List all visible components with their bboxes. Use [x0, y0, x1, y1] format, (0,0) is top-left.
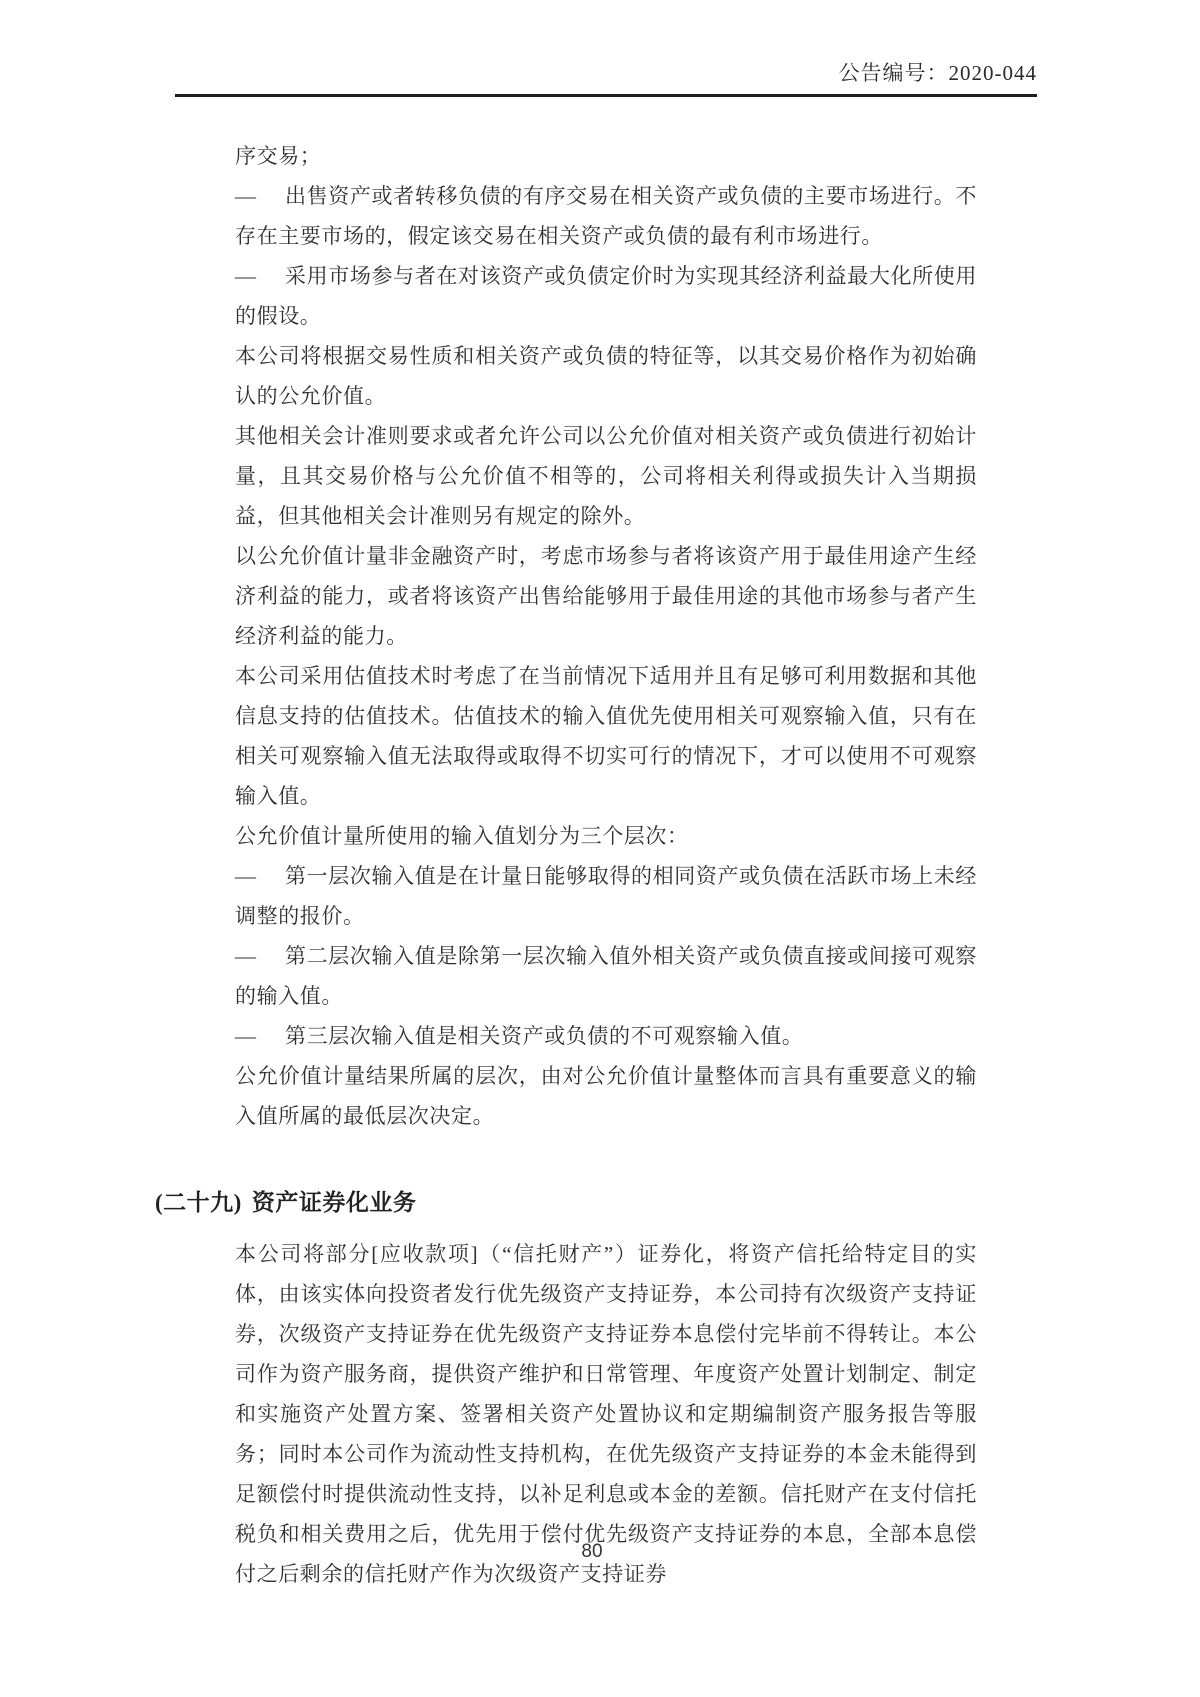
bullet-paragraph: —第三层次输入值是相关资产或负债的不可观察输入值。: [235, 1016, 977, 1056]
bullet-text: 第三层次输入值是相关资产或负债的不可观察输入值。: [285, 1024, 803, 1048]
bullet-dash-marker: —: [235, 1016, 285, 1056]
bullet-dash-marker: —: [235, 936, 285, 976]
bullet-paragraph: —出售资产或者转移负债的有序交易在相关资产或负债的主要市场进行。不存在主要市场的…: [235, 176, 977, 256]
paragraph: 本公司采用估值技术时考虑了在当前情况下适用并且有足够可利用数据和其他信息支持的估…: [235, 656, 977, 816]
section-heading-title: 资产证券化业务: [252, 1190, 417, 1215]
paragraph: 公允价值计量结果所属的层次，由对公允价值计量整体而言具有重要意义的输入值所属的最…: [235, 1056, 977, 1136]
paragraph: 本公司将部分[应收款项]（“信托财产”）证券化，将资产信托给特定目的实体，由该实…: [235, 1234, 977, 1594]
paragraph: 以公允价值计量非金融资产时，考虑市场参与者将该资产用于最佳用途产生经济利益的能力…: [235, 536, 977, 656]
bullet-paragraph: —第二层次输入值是除第一层次输入值外相关资产或负债直接或间接可观察的输入值。: [235, 936, 977, 1016]
bullet-paragraph: —采用市场参与者在对该资产或负债定价时为实现其经济利益最大化所使用的假设。: [235, 256, 977, 336]
paragraph: 本公司将根据交易性质和相关资产或负债的特征等，以其交易价格作为初始确认的公允价值…: [235, 336, 977, 416]
page-number: 80: [0, 1541, 1184, 1563]
bullet-dash-marker: —: [235, 176, 285, 216]
document-page: 公告编号：2020-044 序交易；—出售资产或者转移负债的有序交易在相关资产或…: [0, 0, 1200, 1697]
paragraph: 其他相关会计准则要求或者允许公司以公允价值对相关资产或负债进行初始计量，且其交易…: [235, 416, 977, 536]
bullet-text: 第二层次输入值是除第一层次输入值外相关资产或负债直接或间接可观察的输入值。: [235, 944, 977, 1008]
section-heading-label: (二十九): [155, 1190, 242, 1215]
bullet-dash-marker: —: [235, 856, 285, 896]
bullet-text: 采用市场参与者在对该资产或负债定价时为实现其经济利益最大化所使用的假设。: [235, 264, 977, 328]
paragraph: 序交易；: [235, 136, 977, 176]
paragraph: 公允价值计量所使用的输入值划分为三个层次：: [235, 816, 977, 856]
bullet-dash-marker: —: [235, 256, 285, 296]
header-rule: [175, 94, 1037, 97]
bullet-paragraph: —第一层次输入值是在计量日能够取得的相同资产或负债在活跃市场上未经调整的报价。: [235, 856, 977, 936]
announcement-number: 公告编号：2020-044: [839, 57, 1038, 87]
document-body: 序交易；—出售资产或者转移负债的有序交易在相关资产或负债的主要市场进行。不存在主…: [235, 136, 977, 1594]
bullet-text: 第一层次输入值是在计量日能够取得的相同资产或负债在活跃市场上未经调整的报价。: [235, 864, 977, 928]
section-heading: (二十九)资产证券化业务: [155, 1186, 977, 1220]
bullet-text: 出售资产或者转移负债的有序交易在相关资产或负债的主要市场进行。不存在主要市场的，…: [235, 184, 977, 248]
